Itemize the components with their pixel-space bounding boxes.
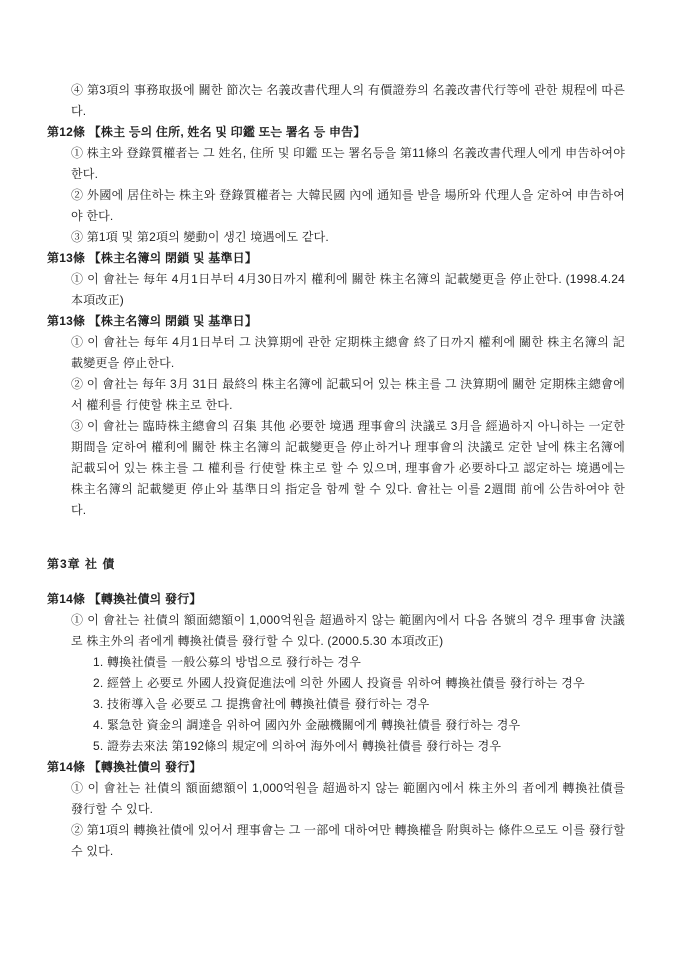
article-heading: 第12條 【株主 등의 住所, 姓名 및 印鑑 또는 署名 등 申告】	[47, 122, 625, 143]
clause-paragraph: ① 이 會社는 每年 4月1日부터 4月30日까지 權利에 關한 株主名簿의 記…	[47, 269, 625, 311]
article-heading: 第13條 【株主名簿의 閉鎖 및 基準日】	[47, 248, 625, 269]
clause-paragraph: ② 外國에 居住하는 株主와 登錄質權者는 大韓民國 內에 通知를 받을 場所와…	[47, 185, 625, 227]
document-body: ④ 第3項의 事務取扱에 關한 節次는 名義改書代理人의 有價證券의 名義改書代…	[47, 80, 625, 862]
numbered-case-item: 2. 經營上 必要로 外國人投資促進法에 의한 外國人 投資를 위하여 轉換社債…	[47, 673, 625, 694]
numbered-case-item: 1. 轉換社債를 一般公募의 방법으로 發行하는 경우	[47, 652, 625, 673]
clause-paragraph: ④ 第3項의 事務取扱에 關한 節次는 名義改書代理人의 有價證券의 名義改書代…	[47, 80, 625, 122]
chapter-heading: 第3章 社 債	[47, 554, 625, 575]
clause-paragraph: ① 株主와 登錄質權者는 그 姓名, 住所 및 印鑑 또는 署名등을 第11條의…	[47, 143, 625, 185]
numbered-case-item: 3. 技術導入을 必要로 그 提携會社에 轉換社債를 發行하는 경우	[47, 694, 625, 715]
clause-paragraph: ③ 이 會社는 臨時株主總會의 召集 其他 必要한 境遇 理事會의 決議로 3月…	[47, 416, 625, 521]
clause-paragraph: ① 이 會社는 社債의 額面總額이 1,000억원을 超過하지 않는 範圍內에서…	[47, 610, 625, 652]
clause-paragraph: ① 이 會社는 每年 4月1日부터 그 決算期에 관한 定期株主總會 終了日까지…	[47, 332, 625, 374]
clause-paragraph: ② 第1項의 轉換社債에 있어서 理事會는 그 一部에 대하여만 轉換權을 附與…	[47, 820, 625, 862]
numbered-case-item: 5. 證券去來法 第192條의 規定에 의하여 海外에서 轉換社債를 發行하는 …	[47, 736, 625, 757]
article-heading: 第14條 【轉換社債의 發行】	[47, 589, 625, 610]
clause-paragraph: ③ 第1項 및 第2項의 變動이 생긴 境遇에도 같다.	[47, 227, 625, 248]
article-heading: 第13條 【株主名簿의 閉鎖 및 基準日】	[47, 311, 625, 332]
document-page: ④ 第3項의 事務取扱에 關한 節次는 名義改書代理人의 有價證券의 名義改書代…	[0, 0, 680, 962]
numbered-case-item: 4. 緊急한 資金의 調達을 위하여 國內外 金融機關에게 轉換社債를 發行하는…	[47, 715, 625, 736]
clause-paragraph: ① 이 會社는 社債의 額面總額이 1,000억원을 超過하지 않는 範圍內에서…	[47, 778, 625, 820]
clause-paragraph: ② 이 會社는 每年 3月 31日 最終의 株主名簿에 記載되어 있는 株主를 …	[47, 374, 625, 416]
article-heading: 第14條 【轉換社債의 發行】	[47, 757, 625, 778]
